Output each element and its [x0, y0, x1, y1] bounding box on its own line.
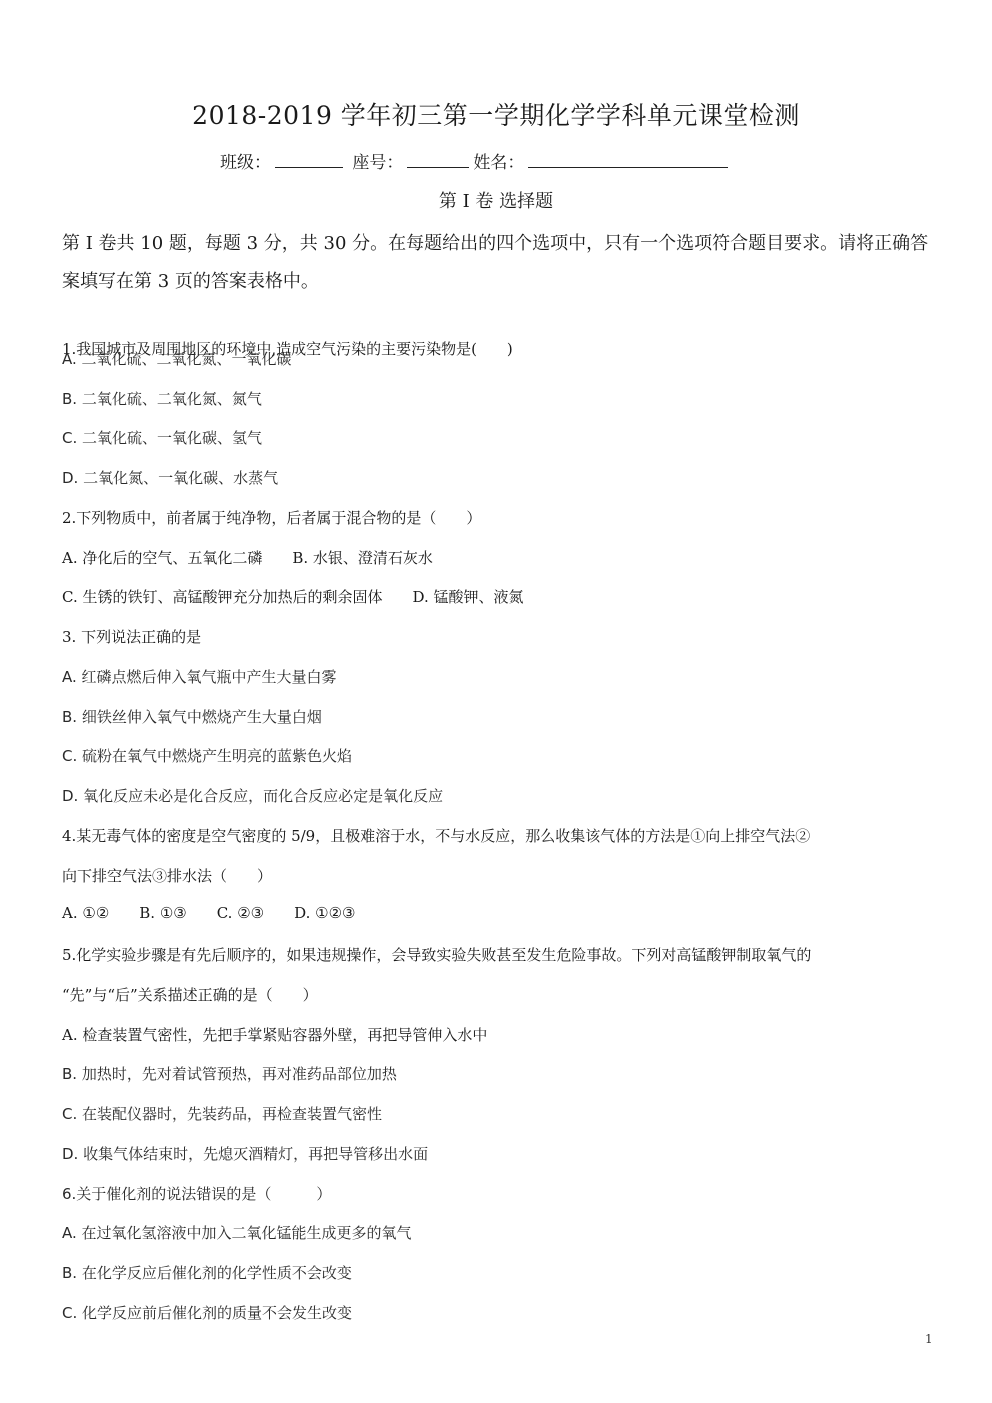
- seat-label: 座号：: [352, 153, 403, 173]
- page-number: 1: [925, 1332, 933, 1346]
- question-2-options-row-2: C. 生锈的铁钉、高锰酸钾充分加热后的剩余固体D. 锰酸钾、液氮: [62, 586, 524, 607]
- question-2-option-b: B. 水银、澄清石灰水: [292, 549, 433, 567]
- question-1-option-a: A. 二氧化硫、二氧化氮、一氧化碳: [62, 348, 292, 369]
- question-2-option-c: C. 生锈的铁钉、高锰酸钾充分加热后的剩余固体: [62, 588, 382, 606]
- question-1-option-d: D. 二氧化氮、一氧化碳、水蒸气: [62, 467, 278, 488]
- question-3-option-c: C. 硫粉在氧气中燃烧产生明亮的蓝紫色火焰: [62, 745, 352, 766]
- question-5-option-c: C. 在装配仪器时，先装药品，再检查装置气密性: [62, 1103, 382, 1124]
- question-6-option-c: C. 化学反应前后催化剂的质量不会发生改变: [62, 1302, 352, 1323]
- question-5-stem-line-2: “先”与“后”关系描述正确的是（ ）: [62, 984, 318, 1005]
- question-4-option-d: D. ①②③: [294, 904, 355, 922]
- question-6-stem: 6.关于催化剂的说法错误的是（ ）: [62, 1183, 331, 1204]
- question-1-option-b: B. 二氧化硫、二氧化氮、氮气: [62, 388, 262, 409]
- question-4-stem-line-2: 向下排空气法③排水法（ ）: [62, 865, 272, 886]
- question-4-option-a: A. ①②: [62, 904, 109, 922]
- question-3-option-a: A. 红磷点燃后伸入氧气瓶中产生大量白雾: [62, 666, 337, 687]
- section-title: 第 I 卷 选择题: [0, 187, 992, 213]
- question-1-option-c: C. 二氧化硫、一氧化碳、氢气: [62, 427, 262, 448]
- section-instructions: 第 I 卷共 10 题，每题 3 分，共 30 分。在每题给出的四个选项中，只有…: [62, 225, 932, 301]
- class-label: 班级：: [220, 153, 271, 173]
- question-3-option-b: B. 细铁丝伸入氧气中燃烧产生大量白烟: [62, 706, 322, 727]
- question-2-options-row-1: A. 净化后的空气、五氧化二磷B. 水银、澄清石灰水: [62, 547, 433, 568]
- question-6-option-a: A. 在过氧化氢溶液中加入二氧化锰能生成更多的氧气: [62, 1222, 412, 1243]
- question-3-option-d: D. 氧化反应未必是化合反应，而化合反应必定是氧化反应: [62, 785, 443, 806]
- question-4-stem-line-1: 4.某无毒气体的密度是空气密度的 5/9，且极难溶于水，不与水反应，那么收集该气…: [62, 825, 810, 846]
- question-2-stem: 2.下列物质中，前者属于纯净物，后者属于混合物的是（ ）: [62, 507, 481, 528]
- class-blank: [275, 149, 343, 168]
- name-label: 姓名：: [473, 153, 524, 173]
- question-5-option-d: D. 收集气体结束时，先熄灭酒精灯，再把导管移出水面: [62, 1143, 428, 1164]
- name-blank: [528, 149, 728, 168]
- question-2-option-a: A. 净化后的空气、五氧化二磷: [62, 549, 262, 567]
- seat-blank: [407, 149, 469, 168]
- question-4-option-c: C. ②③: [217, 904, 264, 922]
- question-5-stem-line-1: 5.化学实验步骤是有先后顺序的，如果违规操作，会导致实验失败甚至发生危险事故。下…: [62, 944, 811, 965]
- document-title: 2018-2019 学年初三第一学期化学学科单元课堂检测: [0, 96, 992, 132]
- question-6-option-b: B. 在化学反应后催化剂的化学性质不会改变: [62, 1262, 352, 1283]
- question-2-option-d: D. 锰酸钾、液氮: [412, 588, 523, 606]
- student-info-line: 班级： 座号：姓名：: [220, 148, 732, 173]
- question-3-stem: 3. 下列说法正确的是: [62, 626, 201, 647]
- question-5-option-a: A. 检查装置气密性，先把手掌紧贴容器外壁，再把导管伸入水中: [62, 1024, 487, 1045]
- question-4-option-b: B. ①③: [139, 904, 186, 922]
- question-4-options: A. ①②B. ①③C. ②③D. ①②③: [62, 904, 355, 922]
- question-5-option-b: B. 加热时，先对着试管预热，再对准药品部位加热: [62, 1063, 397, 1084]
